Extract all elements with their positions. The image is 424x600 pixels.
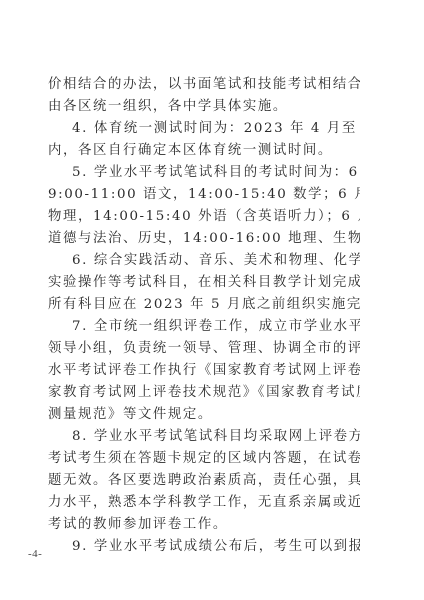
paragraph-7-line: 水平考试评卷工作执行《国家教育考试网上评卷管理规范》《国 <box>48 360 360 382</box>
paragraph-6-line: 6. 综合实践活动、音乐、美术和物理、化学、生物学三科 <box>48 250 360 272</box>
paragraph-7-line: 测量规范》等文件规定。 <box>48 404 360 426</box>
document-body: 价相结合的办法，以书面笔试和技能考试相结合的方式进行， 由各区统一组织，各中学具… <box>48 74 360 558</box>
paragraph-4-line: 4. 体育统一测试时间为：2023 年 4 月至 5 月，在此时间段 <box>48 118 360 140</box>
paragraph-8-line: 考试考生须在答题卡规定的区域内答题，在试卷或草稿纸上答 <box>48 448 360 470</box>
paragraph-8-line: 考试的教师参加评卷工作。 <box>48 514 360 536</box>
paragraph-5-line: 9:00-11:00 语文，14:00-15:40 数学；6 月 18 日 9:… <box>48 184 360 206</box>
paragraph-5-line: 物理，14:00-15:40 外语（含英语听力）；6 月 19 日 9:00-1… <box>48 206 360 228</box>
paragraph-5-line: 道德与法治、历史，14:00-16:00 地理、生物学。 <box>48 228 360 250</box>
paragraph-9-line: 9. 学业水平考试成绩公布后，考生可以到报名校获知本人 <box>48 536 360 558</box>
paragraph-7-line: 家教育考试网上评卷技术规范》《国家教育考试质量监控统计 <box>48 382 360 404</box>
paragraph-line: 价相结合的办法，以书面笔试和技能考试相结合的方式进行， <box>48 74 360 96</box>
paragraph-8-line: 力水平，熟悉本学科教学工作，无直系亲属或近亲属参加本次 <box>48 492 360 514</box>
page-number: -4- <box>28 548 42 560</box>
paragraph-7-line: 7. 全市统一组织评卷工作，成立市学业水平考试评卷工作 <box>48 316 360 338</box>
paragraph-6-line: 所有科目应在 2023 年 5 月底之前组织实施完毕。 <box>48 294 360 316</box>
document-page: 价相结合的办法，以书面笔试和技能考试相结合的方式进行， 由各区统一组织，各中学具… <box>0 0 424 600</box>
paragraph-7-line: 领导小组，负责统一领导、管理、协调全市的评卷工作。学业 <box>48 338 360 360</box>
paragraph-line: 由各区统一组织，各中学具体实施。 <box>48 96 360 118</box>
paragraph-8-line: 题无效。各区要选聘政治素质高，责任心强，具有较高业务能 <box>48 470 360 492</box>
paragraph-6-line: 实验操作等考试科目，在相关科目教学计划完成后进行考试， <box>48 272 360 294</box>
paragraph-8-line: 8. 学业水平考试笔试科目均采取网上评卷方式。学业水平 <box>48 426 360 448</box>
paragraph-5-line: 5. 学业水平考试笔试科目的考试时间为：6 月 17 日 <box>48 162 360 184</box>
paragraph-4-line: 内，各区自行确定本区体育统一测试时间。 <box>48 140 360 162</box>
